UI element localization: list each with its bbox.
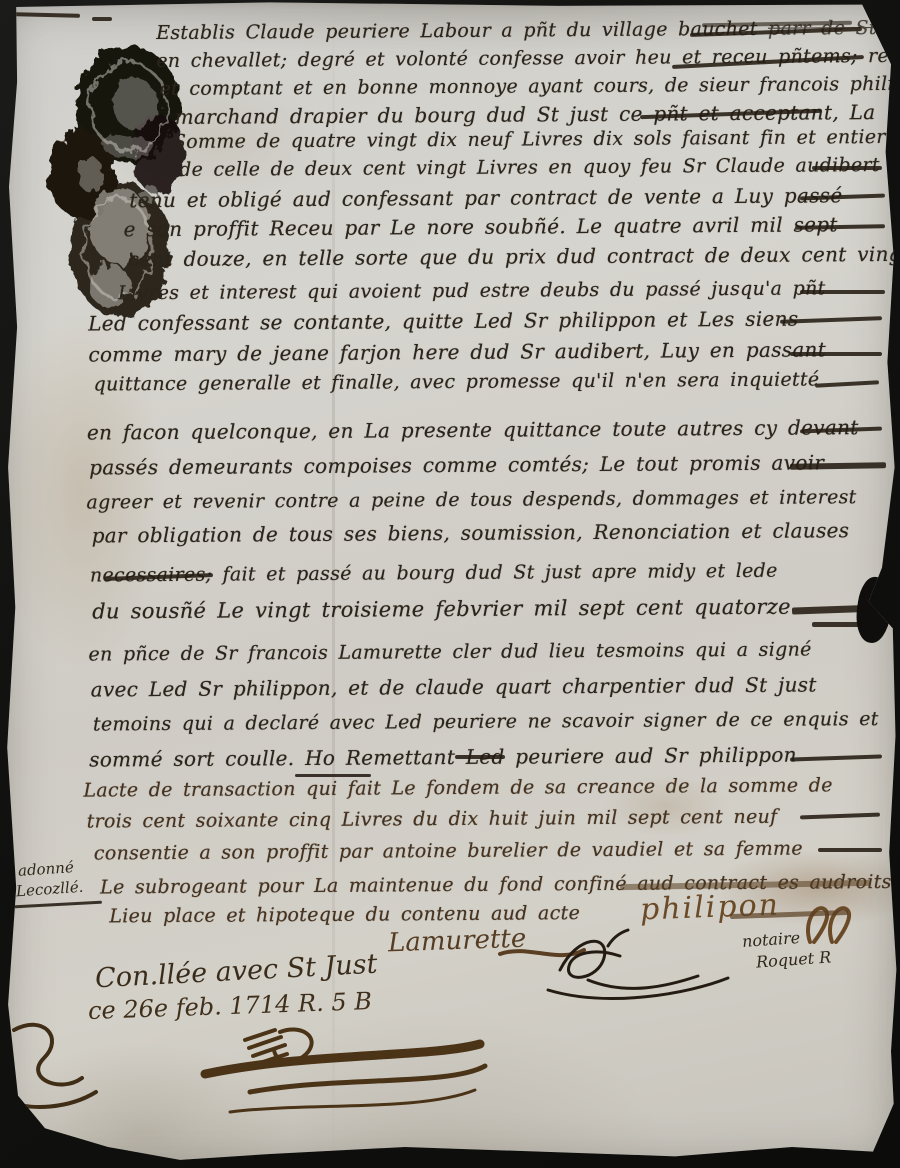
manuscript-line: Somme de quatre vingt dix neuf Livres di… [173, 125, 900, 153]
philipon-signature: philipon [639, 888, 780, 928]
bottom-flourish [190, 1012, 490, 1122]
ink-stroke [800, 290, 885, 294]
manuscript-line: avec Led Sr philippon, et de claude quar… [91, 672, 817, 701]
ink-stroke [92, 17, 112, 21]
manuscript-line: par obligation de tous ses biens, soumis… [92, 518, 850, 547]
manuscript-line: consentie a son proffit par antoine bure… [94, 838, 803, 865]
notary-title: notaire [741, 928, 800, 951]
manuscript-paper: Establis Claude peuriere Labour a pñt du… [0, 0, 900, 1168]
manuscript-line: en facon quelconque, en La presente quit… [87, 415, 859, 444]
ink-stroke [812, 166, 882, 170]
manuscript-line: Led confessant se contante, quitte Led S… [88, 307, 798, 336]
manuscript-line: temoins qui a declaré avec Led peuriere … [93, 708, 879, 735]
manuscript-line: sommé sort coulle. Ho Remettant Led peur… [89, 743, 797, 772]
manuscript-line: Lacte de transaction qui fait Le fondem … [83, 774, 832, 801]
manuscript-line: agreer et revenir contre a peine de tous… [86, 486, 856, 513]
manuscript-line: e son proffit Receu par Le nore soubñé. … [123, 212, 837, 241]
philipon-flourish [800, 898, 860, 948]
registration-flourish [0, 1008, 120, 1118]
manuscript-line: et comptant et en bonne monnoye ayant co… [159, 73, 900, 100]
manuscript-line: du sousñé Le vingt troisieme febvrier mi… [92, 595, 791, 624]
manuscript-line: de celle de deux cent vingt Livres en qu… [179, 154, 900, 181]
manuscript-line: en pñce de Sr francois Lamurette cler du… [88, 638, 811, 665]
notary-paraph [548, 928, 748, 1003]
manuscript-line: tenu et obligé aud confessant par contra… [129, 183, 842, 212]
ink-stroke [818, 848, 882, 852]
overline-mark [295, 774, 371, 777]
manuscript-text: Establis Claude peuriere Labour a pñt du… [0, 0, 900, 1168]
manuscript-line: Livres et interest qui avoient pud estre… [118, 277, 826, 304]
manuscript-line: passés demeurants compoises comme comtés… [89, 450, 824, 479]
manuscript-line: comme mary de jeane farjon here dud Sr a… [88, 337, 826, 366]
manuscript-line: cent douze, en telle sorte que du prix d… [128, 242, 900, 271]
line-text: Establis Claude peuriere Labour a pñt du… [156, 18, 768, 44]
strikethrough-mark [455, 755, 505, 759]
ink-stroke [790, 352, 882, 356]
photo-background: Establis Claude peuriere Labour a pñt du… [0, 0, 900, 1168]
manuscript-line: trois cent soixante cinq Livres du dix h… [87, 806, 778, 833]
manuscript-line: quittance generalle et finalle, avec pro… [94, 368, 820, 395]
